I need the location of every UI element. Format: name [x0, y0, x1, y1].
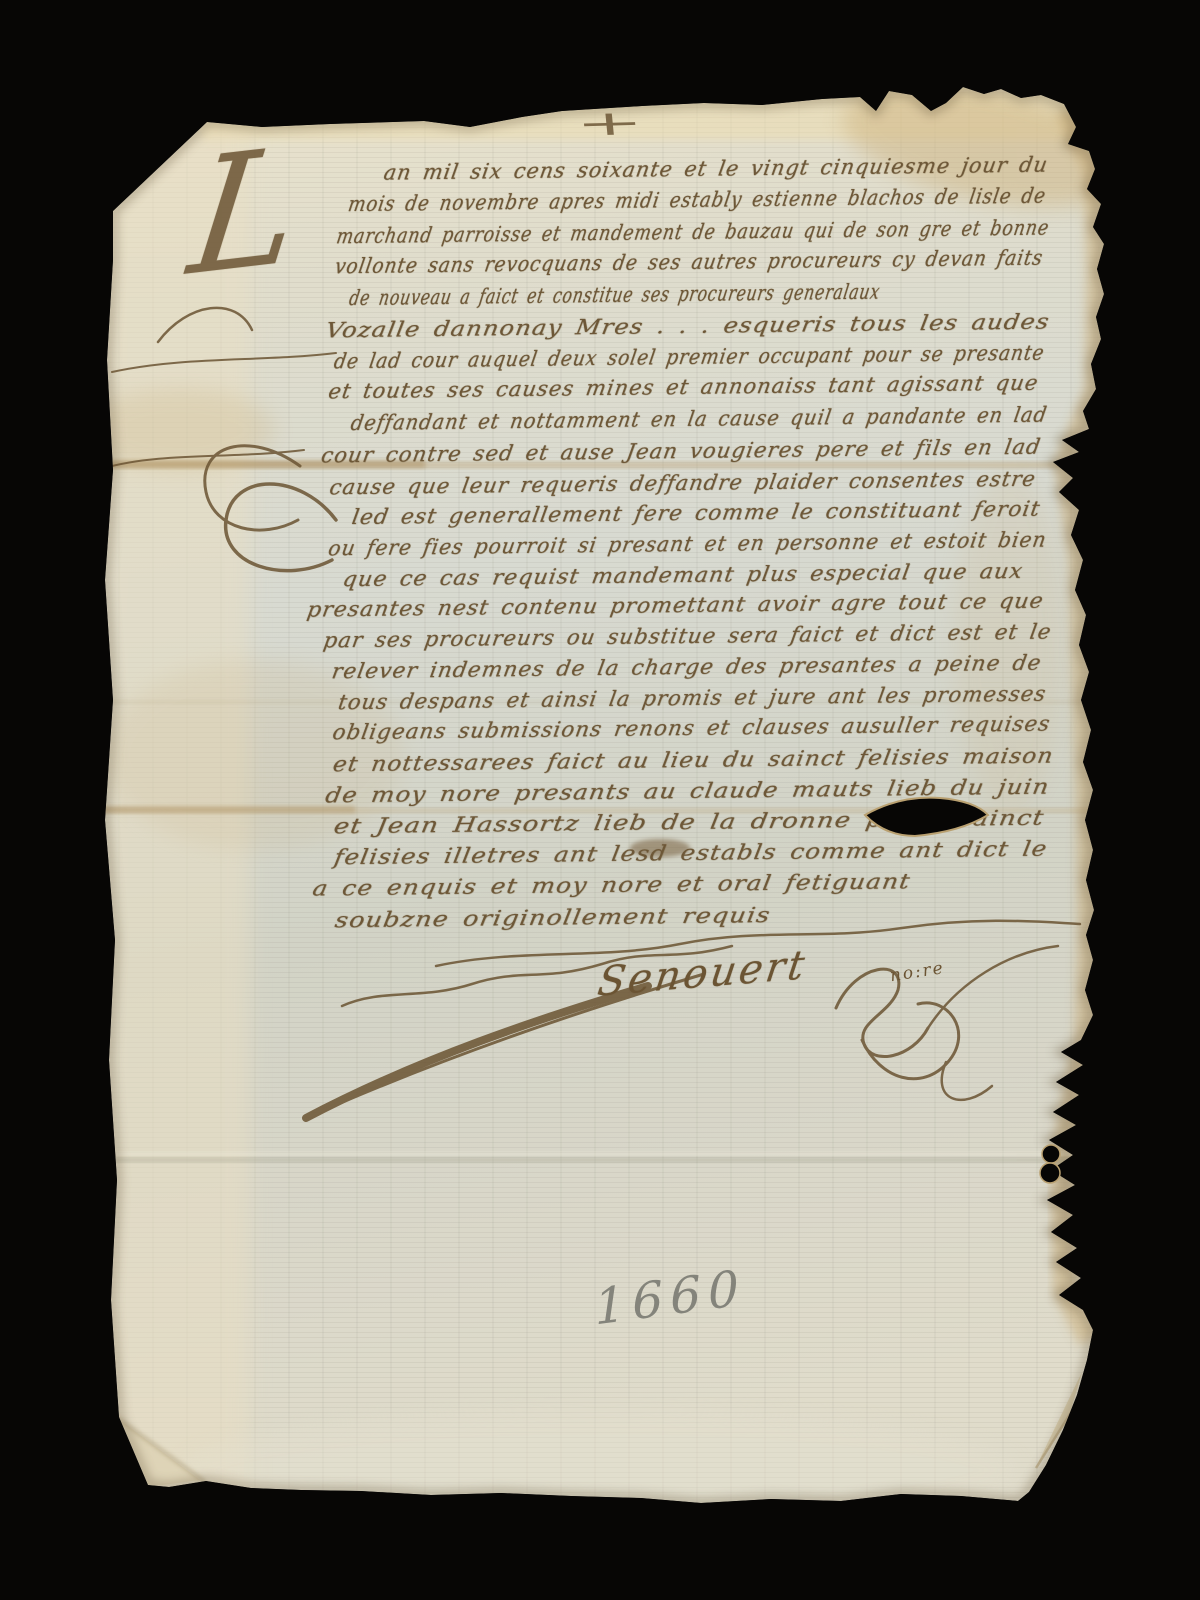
photographed-document: + L Senouert no:re 1660 an mil six cens … — [0, 0, 1200, 1600]
worm-hole — [865, 798, 988, 836]
paper-damage-layer — [0, 0, 1200, 1600]
worm-hole — [1040, 1163, 1060, 1183]
worm-hole — [1042, 1145, 1060, 1163]
